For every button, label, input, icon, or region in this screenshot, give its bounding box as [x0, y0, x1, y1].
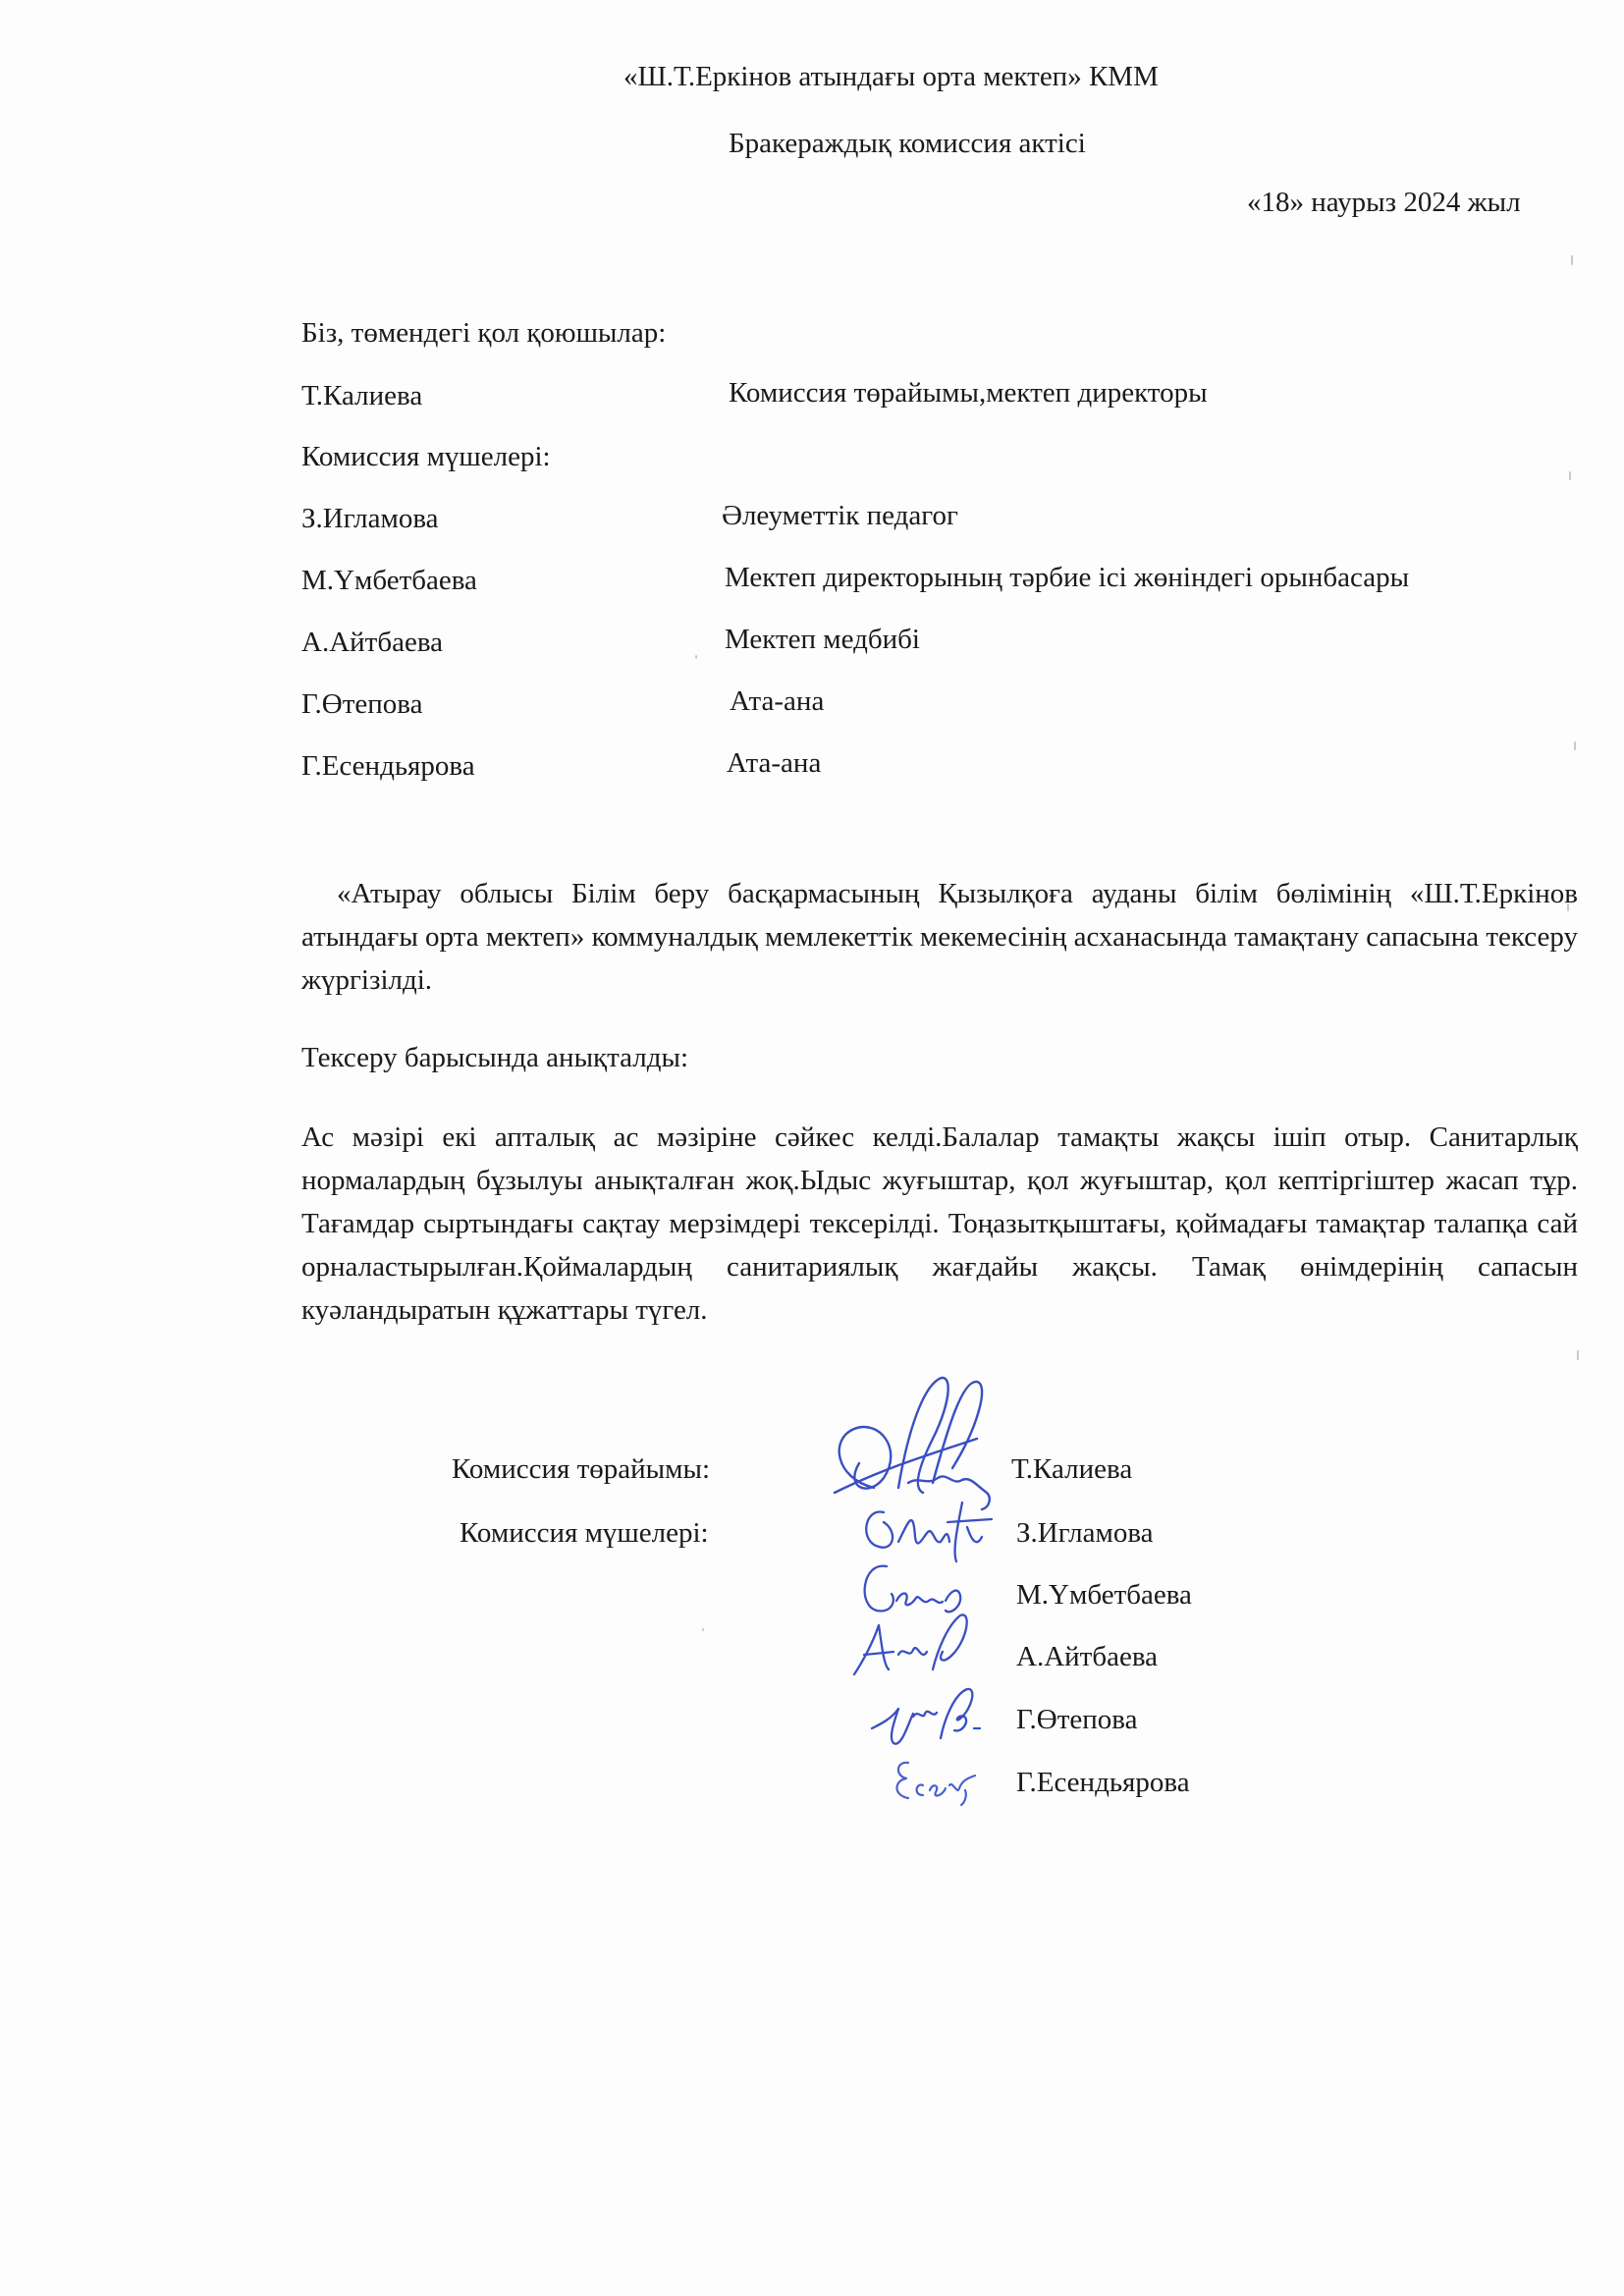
scan-speck: [702, 1628, 704, 1631]
member-name: Г.Есендьярова: [301, 752, 475, 781]
chair-role: Комиссия төрайымы,мектеп директоры: [729, 379, 1208, 408]
signer-name: Г.Өтепова: [1016, 1706, 1137, 1734]
member-role: Ата-ана: [727, 749, 821, 778]
inspection-intro-paragraph: «Атырау облысы Білім беру басқармасының …: [301, 872, 1578, 1002]
document-date: «18» наурыз 2024 жыл: [1247, 189, 1521, 217]
scan-speck: [1571, 255, 1573, 265]
document-title: Бракераждық комиссия актісі: [729, 130, 1086, 158]
signer-name: М.Үмбетбаева: [1016, 1581, 1192, 1610]
signer-name: Г.Есендьярова: [1016, 1769, 1190, 1797]
member-name: А.Айтбаева: [301, 629, 443, 657]
document-page: «Ш.Т.Еркінов атындағы орта мектеп» КММ Б…: [0, 0, 1624, 2296]
findings-heading: Тексеру барысында анықталды:: [301, 1044, 688, 1072]
signer-name: Т.Калиева: [1011, 1455, 1132, 1484]
member-role: Ата-ана: [730, 687, 824, 716]
chair-signature-icon: [815, 1370, 1021, 1512]
chair-signature-label: Комиссия төрайымы:: [452, 1455, 710, 1484]
scan-speck: [1574, 741, 1576, 750]
member-role: Мектеп директорының тәрбие ісі жөніндегі…: [725, 564, 1409, 592]
chair-name: Т.Калиева: [301, 382, 422, 410]
member-role: Әлеуметтік педагог: [722, 502, 958, 530]
scan-speck: [1567, 903, 1569, 911]
member-signature-icon: [889, 1751, 987, 1810]
member-name: З.Игламова: [301, 505, 439, 533]
member-name: Г.Өтепова: [301, 690, 422, 719]
members-signature-label: Комиссия мүшелері:: [460, 1519, 709, 1548]
findings-paragraph: Ас мәзірі екі апталық ас мәзіріне сәйкес…: [301, 1116, 1578, 1332]
scan-speck: [1569, 471, 1571, 480]
member-name: М.Үмбетбаева: [301, 567, 477, 595]
signer-name: А.Айтбаева: [1016, 1643, 1158, 1671]
signer-name: З.Игламова: [1016, 1519, 1154, 1548]
scan-speck: [1577, 1350, 1579, 1360]
member-role: Мектеп медбибі: [725, 626, 920, 654]
member-signature-icon: [864, 1679, 992, 1753]
intro-line: Біз, төмендегі қол қоюшылар:: [301, 319, 666, 348]
organization-name: «Ш.Т.Еркінов атындағы орта мектеп» КММ: [623, 63, 1159, 91]
members-heading: Комиссия мүшелері:: [301, 443, 551, 471]
scan-speck: [695, 655, 697, 659]
member-signature-icon: [844, 1611, 982, 1689]
